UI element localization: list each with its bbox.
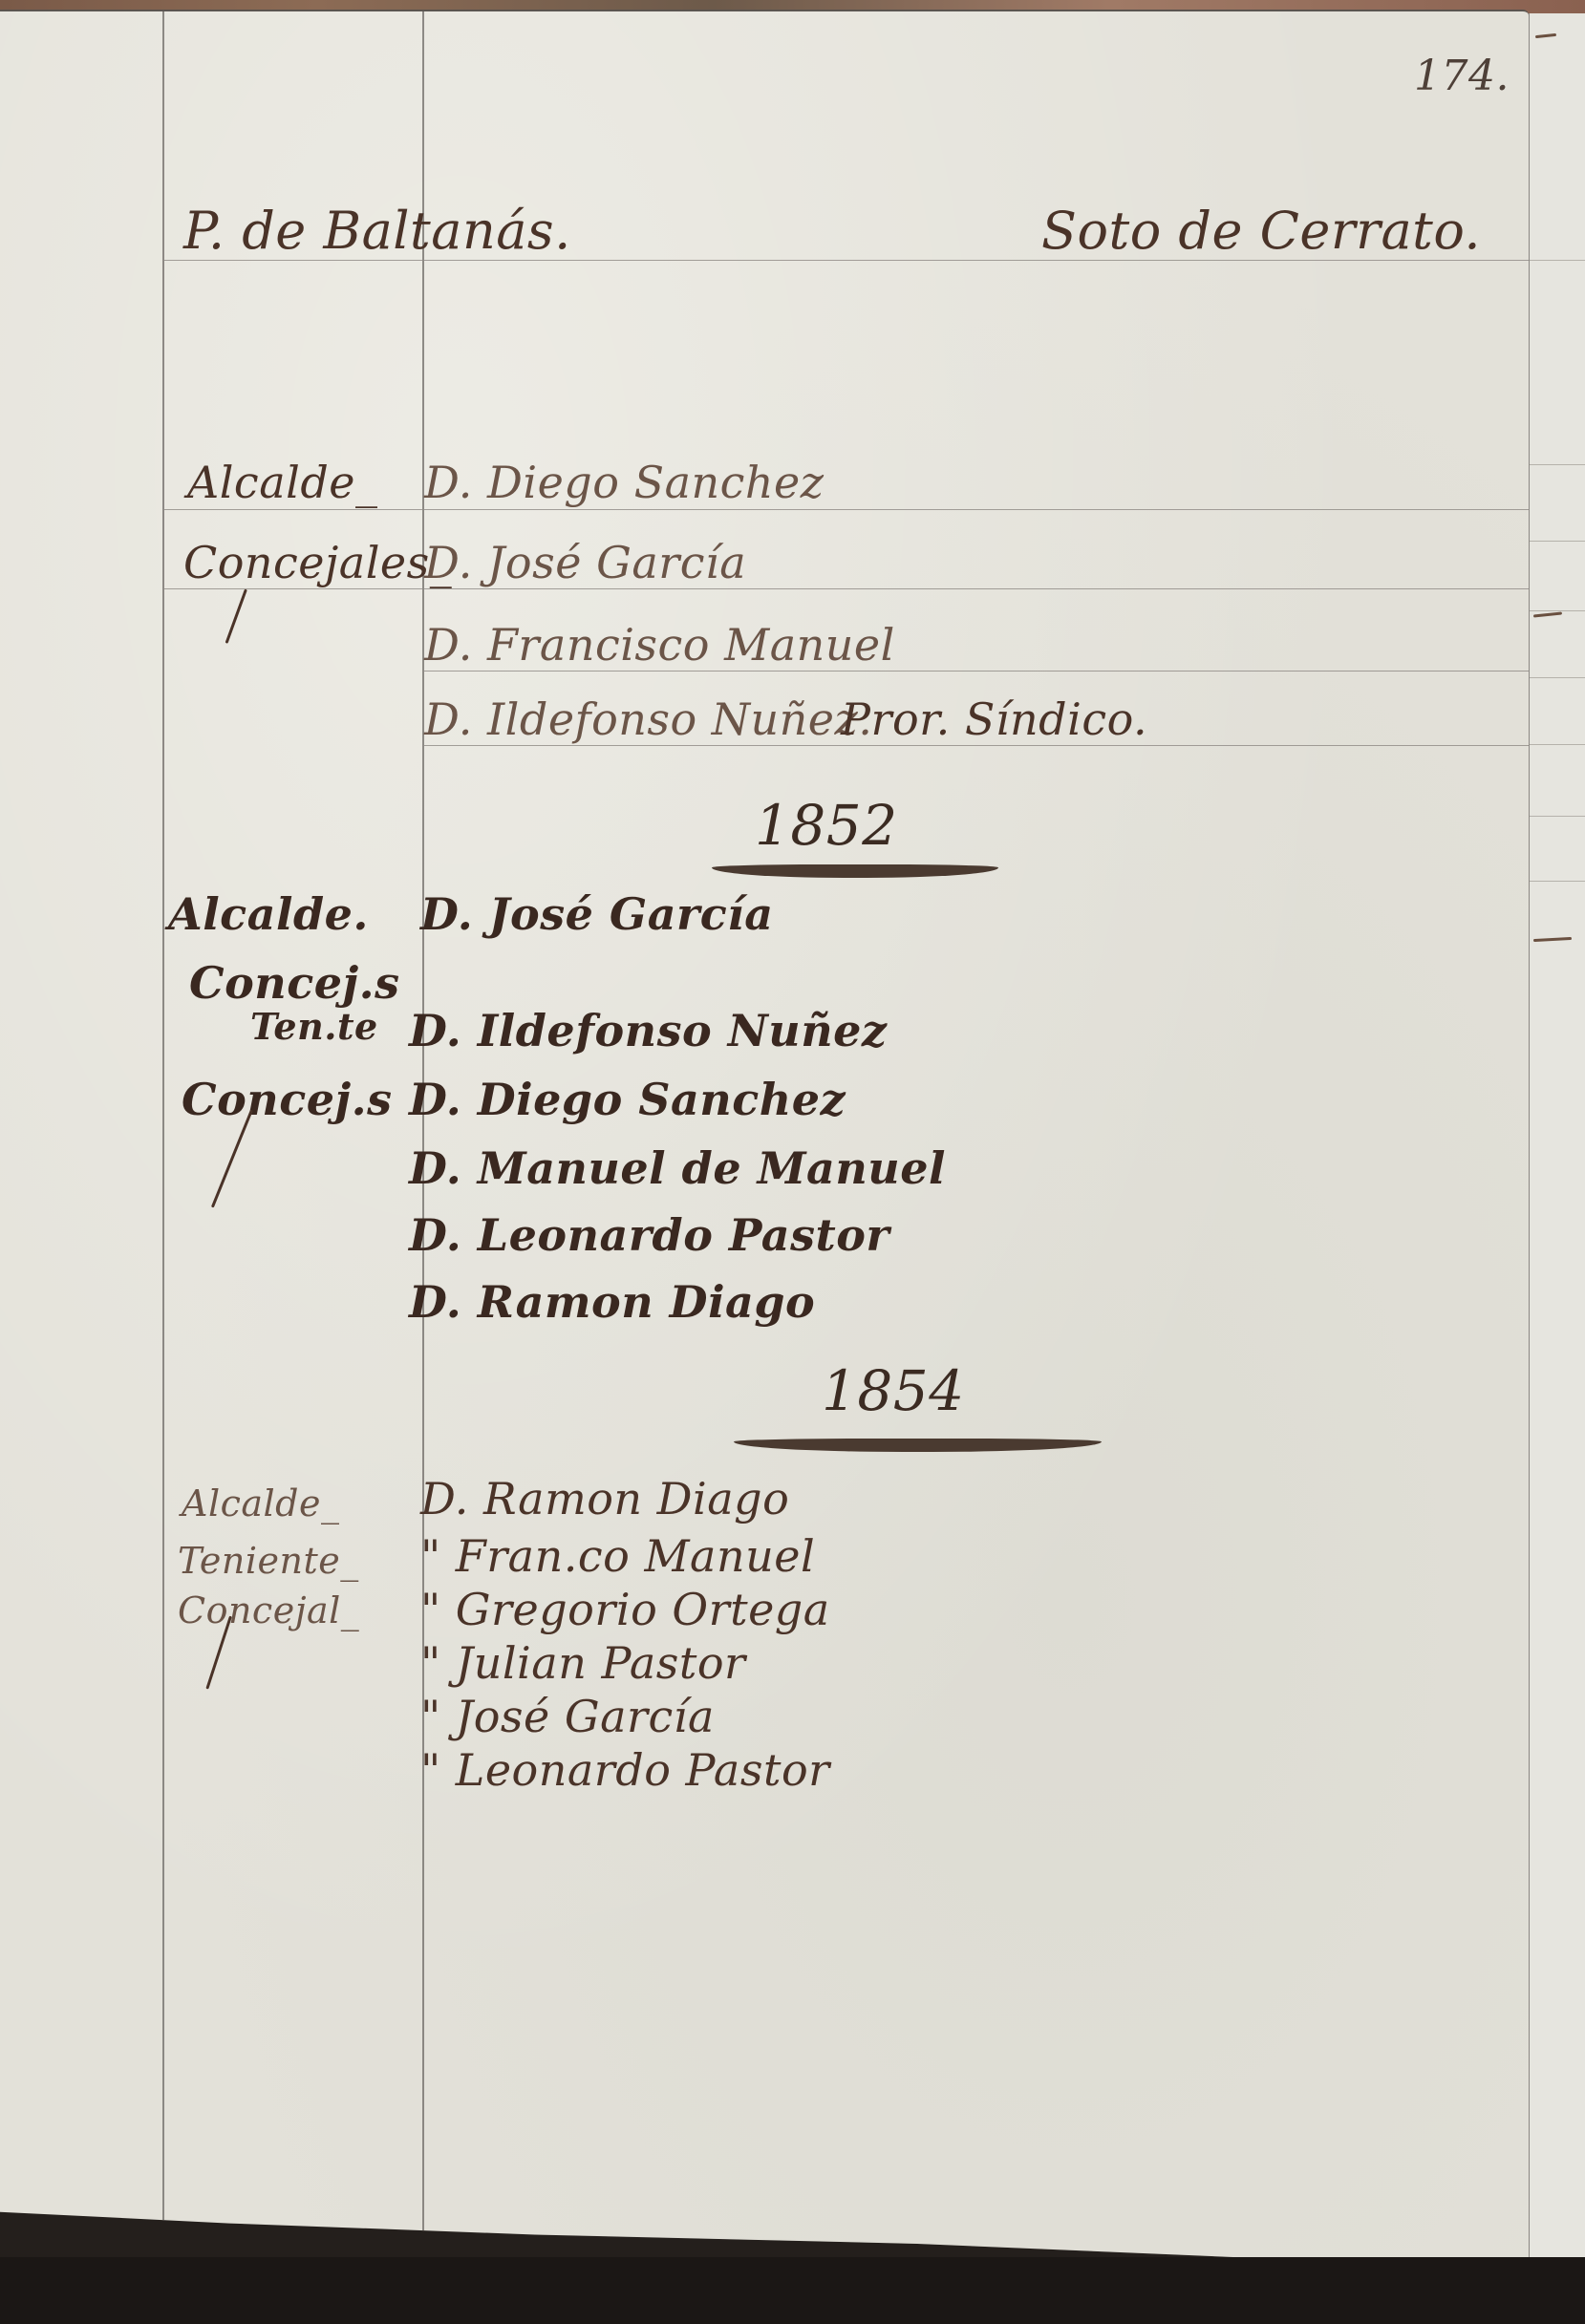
municipality-header: Soto de Cerrato. <box>1041 201 1481 261</box>
member-name: " Julian Pastor <box>420 1637 746 1689</box>
member-name: D. Ildefonso Nuñez. <box>424 693 872 745</box>
member-name: D. José García <box>424 537 746 588</box>
year-heading: 1852 <box>755 793 898 858</box>
ruled-line <box>162 588 1529 589</box>
member-name: D. José García <box>420 888 774 940</box>
district-header: P. de Baltanás. <box>183 201 571 261</box>
member-name: D. Manuel de Manuel <box>409 1142 946 1194</box>
member-name: D. Francisco Manuel <box>424 619 895 671</box>
margin-rule-left <box>162 11 164 2266</box>
member-name: D. Ramon Diago <box>409 1276 815 1328</box>
member-name: " José García <box>420 1691 715 1742</box>
year-underline-flourish <box>734 1439 1102 1452</box>
member-name: D. Diego Sanchez <box>424 457 824 508</box>
ruled-line <box>162 509 1529 510</box>
adjacent-page-ink-mark <box>1533 937 1572 942</box>
role-label: Concej.s <box>189 957 400 1009</box>
ruled-line <box>422 671 1529 672</box>
member-name: D. Ramon Diago <box>420 1473 789 1524</box>
column-rule-names <box>422 11 424 2266</box>
role-label: Teniente_ <box>178 1540 359 1582</box>
member-name: D. Leonardo Pastor <box>409 1209 889 1261</box>
member-name: " Fran.co Manuel <box>420 1530 815 1582</box>
register-page: 174. P. de Baltanás. Soto de Cerrato. Al… <box>0 10 1529 2280</box>
ruled-line <box>422 745 1529 746</box>
scan-background-shadow <box>0 2257 1585 2324</box>
role-label: Concej.s <box>182 1074 393 1125</box>
scanned-page: 174. P. de Baltanás. Soto de Cerrato. Al… <box>0 0 1585 2324</box>
member-name: D. Ildefonso Nuñez <box>409 1005 888 1056</box>
adjacent-page-ink-mark <box>1535 33 1556 38</box>
pen-flourish <box>225 588 247 643</box>
member-name: " Leonardo Pastor <box>420 1744 830 1796</box>
adjacent-page-ink-mark <box>1533 611 1562 617</box>
role-label: Ten.te <box>250 1005 378 1048</box>
role-label: Concejal_ <box>178 1589 359 1631</box>
folio-number: 174. <box>1414 52 1510 100</box>
adjacent-page-edge <box>1527 13 1585 2306</box>
role-label: Concejales_ <box>183 537 452 588</box>
member-note: Pror. Síndico. <box>841 693 1147 745</box>
year-heading: 1854 <box>822 1358 965 1423</box>
role-label: Alcalde_ <box>182 1482 340 1524</box>
member-name: D. Diego Sanchez <box>409 1074 846 1125</box>
role-label: Alcalde_ <box>187 457 378 508</box>
member-name: " Gregorio Ortega <box>420 1584 830 1635</box>
year-underline-flourish <box>712 864 998 878</box>
role-label: Alcalde. <box>168 888 369 940</box>
